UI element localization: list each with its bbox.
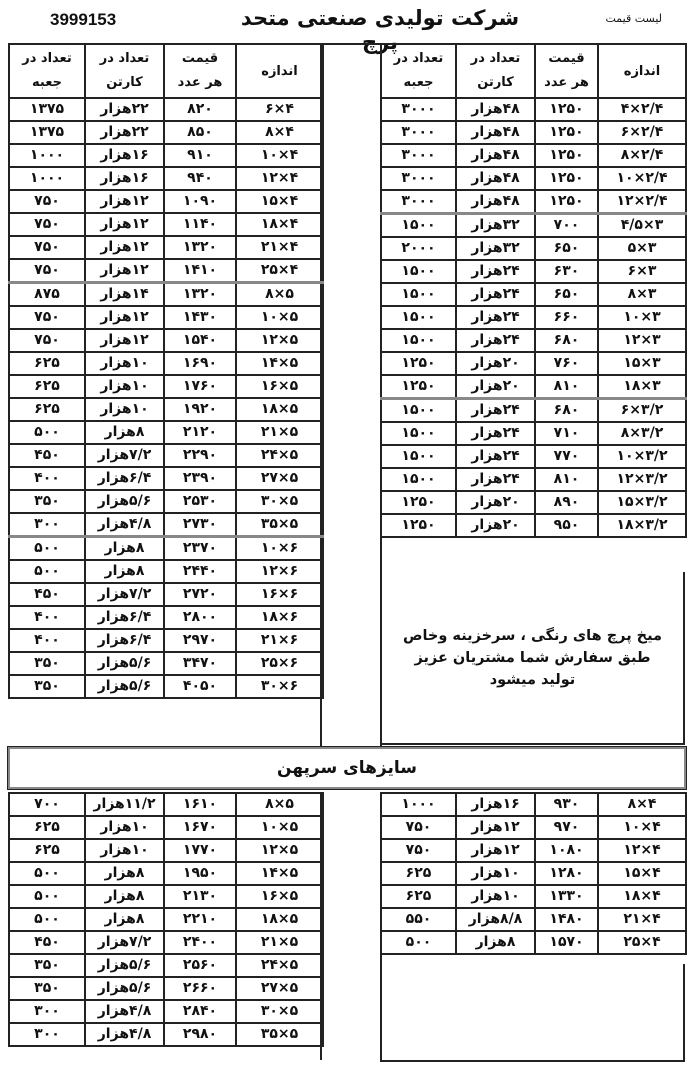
cell-price: ۱۲۵۰: [535, 121, 598, 144]
cell-box: ۵۰۰: [381, 931, 456, 954]
cell-box: ۵۰۰: [9, 862, 85, 885]
table-row: ۴×۱۸۱۱۴۰۱۲هزار۷۵۰: [9, 213, 323, 236]
note-text: میخ پرچ های رنگی ، سرخزینه وخاص طبق سفار…: [398, 625, 668, 691]
cell-price: ۱۲۸۰: [535, 862, 598, 885]
cell-carton: ۶/۴هزار: [85, 606, 164, 629]
cell-price: ۱۲۵۰: [535, 167, 598, 190]
cell-price: ۲۵۶۰: [164, 954, 236, 977]
cell-carton: ۱۲هزار: [85, 306, 164, 329]
cell-size: ۵×۱۲: [236, 329, 323, 352]
cell-carton: ۲۰هزار: [456, 375, 535, 399]
cell-carton: ۲۴هزار: [456, 260, 535, 283]
table-row: ۵×۱۶۱۷۶۰۱۰هزار۶۲۵: [9, 375, 323, 398]
cell-box: ۳۵۰: [9, 675, 85, 698]
cell-price: ۶۵۰: [535, 237, 598, 260]
cell-box: ۱۵۰۰: [381, 399, 456, 423]
cell-box: ۶۲۵: [9, 375, 85, 398]
cell-box: ۵۰۰: [9, 421, 85, 444]
cell-price: ۱۶۱۰: [164, 793, 236, 816]
cell-carton: ۴۸هزار: [456, 121, 535, 144]
table-row: ۵×۸۱۳۲۰۱۴هزار۸۷۵: [9, 283, 323, 307]
cell-size: ۲/۴×۱۰: [598, 167, 686, 190]
cell-carton: ۱۲هزار: [85, 236, 164, 259]
col-box: تعداد درجعبه: [9, 44, 85, 98]
cell-size: ۵×۳۰: [236, 1000, 323, 1023]
table-row: ۴×۸۹۳۰۱۶هزار۱۰۰۰: [381, 793, 686, 816]
table-row: ۴×۱۸۱۳۳۰۱۰هزار۶۲۵: [381, 885, 686, 908]
cell-size: ۶×۱۸: [236, 606, 323, 629]
cell-price: ۱۲۵۰: [535, 144, 598, 167]
cell-carton: ۲۴هزار: [456, 468, 535, 491]
cell-price: ۸۱۰: [535, 375, 598, 399]
cell-carton: ۱۰هزار: [456, 862, 535, 885]
cell-size: ۵×۱۶: [236, 885, 323, 908]
table-row: ۲/۴×۴۱۲۵۰۴۸هزار۳۰۰۰: [381, 98, 686, 121]
cell-box: ۱۲۵۰: [381, 375, 456, 399]
table-row: ۴×۱۲۱۰۸۰۱۲هزار۷۵۰: [381, 839, 686, 862]
table-row: ۵×۲۴۲۵۶۰۵/۶هزار۳۵۰: [9, 954, 323, 977]
table-row: ۳×۱۲۶۸۰۲۴هزار۱۵۰۰: [381, 329, 686, 352]
cell-carton: ۸هزار: [85, 908, 164, 931]
cell-box: ۷۵۰: [9, 329, 85, 352]
cell-size: ۴×۱۸: [598, 885, 686, 908]
table-row: ۴×۲۱۱۴۸۰۸/۸هزار۵۵۰: [381, 908, 686, 931]
cell-size: ۵×۳۵: [236, 513, 323, 537]
cell-box: ۴۵۰: [9, 931, 85, 954]
cell-size: ۶×۱۰: [236, 537, 323, 561]
cell-box: ۳۰۰۰: [381, 167, 456, 190]
cell-carton: ۸هزار: [85, 537, 164, 561]
table-row: ۳×۱۵۷۶۰۲۰هزار۱۲۵۰: [381, 352, 686, 375]
cell-price: ۳۴۷۰: [164, 652, 236, 675]
cell-price: ۲۸۰۰: [164, 606, 236, 629]
cell-price: ۲۳۷۰: [164, 537, 236, 561]
cell-price: ۲۷۳۰: [164, 513, 236, 537]
table-row: ۳×۶۶۳۰۲۴هزار۱۵۰۰: [381, 260, 686, 283]
cell-box: ۷۵۰: [9, 259, 85, 283]
cell-carton: ۸هزار: [456, 931, 535, 954]
cell-price: ۷۶۰: [535, 352, 598, 375]
table-row: ۴×۱۰۹۱۰۱۶هزار۱۰۰۰: [9, 144, 323, 167]
cell-carton: ۱۶هزار: [85, 144, 164, 167]
table-row: ۵×۱۰۱۶۷۰۱۰هزار۶۲۵: [9, 816, 323, 839]
table-row: ۳/۲×۱۰۷۷۰۲۴هزار۱۵۰۰: [381, 445, 686, 468]
cell-box: ۳۵۰: [9, 652, 85, 675]
cell-box: ۶۲۵: [381, 862, 456, 885]
cell-price: ۶۸۰: [535, 329, 598, 352]
cell-size: ۵×۱۲: [236, 839, 323, 862]
cell-size: ۳/۲×۱۰: [598, 445, 686, 468]
cell-carton: ۷/۲هزار: [85, 583, 164, 606]
cell-size: ۵×۲۷: [236, 467, 323, 490]
table-row: ۴×۸۸۵۰۲۲هزار۱۳۷۵: [9, 121, 323, 144]
cell-carton: ۱۰هزار: [85, 375, 164, 398]
cell-price: ۸۵۰: [164, 121, 236, 144]
cell-box: ۶۲۵: [9, 352, 85, 375]
cell-box: ۳۵۰: [9, 954, 85, 977]
table-row: ۵×۳۰۲۸۴۰۴/۸هزار۳۰۰: [9, 1000, 323, 1023]
cell-price: ۹۱۰: [164, 144, 236, 167]
cell-size: ۵×۲۴: [236, 444, 323, 467]
cell-carton: ۱۰هزار: [85, 839, 164, 862]
table-row: ۶×۱۲۲۴۴۰۸هزار۵۰۰: [9, 560, 323, 583]
cell-price: ۱۷۶۰: [164, 375, 236, 398]
cell-size: ۳×۶: [598, 260, 686, 283]
cell-carton: ۱۰هزار: [85, 352, 164, 375]
col-size: اندازه: [236, 44, 323, 98]
table-row: ۴×۶۸۲۰۲۲هزار۱۳۷۵: [9, 98, 323, 121]
cell-carton: ۲۴هزار: [456, 422, 535, 445]
middle-gap-top: [320, 43, 382, 749]
cell-box: ۳۰۰۰: [381, 121, 456, 144]
cell-size: ۴×۱۵: [598, 862, 686, 885]
cell-size: ۴×۶: [236, 98, 323, 121]
table-header: اندازه قیمتهر عدد تعداد درکارتن تعداد در…: [9, 44, 323, 98]
table-row: ۵×۱۰۱۴۳۰۱۲هزار۷۵۰: [9, 306, 323, 329]
cell-price: ۲۵۳۰: [164, 490, 236, 513]
cell-size: ۲/۴×۶: [598, 121, 686, 144]
cell-size: ۵×۸: [236, 283, 323, 307]
cell-price: ۱۹۵۰: [164, 862, 236, 885]
cell-price: ۱۶۹۰: [164, 352, 236, 375]
cell-size: ۴×۱۰: [236, 144, 323, 167]
cell-carton: ۵/۶هزار: [85, 675, 164, 698]
col-price: قیمتهر عدد: [535, 44, 598, 98]
table-row: ۲/۴×۱۲۱۲۵۰۴۸هزار۳۰۰۰: [381, 190, 686, 214]
cell-price: ۸۹۰: [535, 491, 598, 514]
table-row: ۳/۲×۱۵۸۹۰۲۰هزار۱۲۵۰: [381, 491, 686, 514]
cell-carton: ۸هزار: [85, 885, 164, 908]
cell-price: ۱۰۸۰: [535, 839, 598, 862]
cell-carton: ۸هزار: [85, 862, 164, 885]
cell-box: ۵۰۰: [9, 560, 85, 583]
cell-box: ۶۲۵: [9, 398, 85, 421]
cell-price: ۲۱۲۰: [164, 421, 236, 444]
table-row: ۲/۴×۸۱۲۵۰۴۸هزار۳۰۰۰: [381, 144, 686, 167]
cell-price: ۶۶۰: [535, 306, 598, 329]
cell-carton: ۱۰هزار: [85, 816, 164, 839]
cell-box: ۴۵۰: [9, 444, 85, 467]
cell-box: ۶۲۵: [381, 885, 456, 908]
cell-box: ۱۰۰۰: [9, 144, 85, 167]
cell-carton: ۵/۶هزار: [85, 954, 164, 977]
cell-size: ۵×۲۷: [236, 977, 323, 1000]
cell-carton: ۱۲هزار: [85, 213, 164, 236]
cell-price: ۲۶۶۰: [164, 977, 236, 1000]
cell-box: ۳۰۰۰: [381, 190, 456, 214]
table-row: ۲/۴×۶۱۲۵۰۴۸هزار۳۰۰۰: [381, 121, 686, 144]
cell-price: ۱۵۷۰: [535, 931, 598, 954]
cell-size: ۳/۲×۶: [598, 399, 686, 423]
cell-size: ۶×۲۵: [236, 652, 323, 675]
table-row: ۵×۱۸۱۹۲۰۱۰هزار۶۲۵: [9, 398, 323, 421]
cell-price: ۷۱۰: [535, 422, 598, 445]
cell-box: ۷۵۰: [381, 839, 456, 862]
cell-size: ۶×۳۰: [236, 675, 323, 698]
cell-size: ۳×۸: [598, 283, 686, 306]
cell-size: ۳×۴/۵: [598, 214, 686, 238]
cell-carton: ۳۲هزار: [456, 214, 535, 238]
cell-price: ۸۲۰: [164, 98, 236, 121]
cell-carton: ۴۸هزار: [456, 167, 535, 190]
table-row: ۴×۲۵۱۴۱۰۱۲هزار۷۵۰: [9, 259, 323, 283]
cell-size: ۲/۴×۱۲: [598, 190, 686, 214]
cell-carton: ۶/۴هزار: [85, 467, 164, 490]
cell-price: ۲۹۷۰: [164, 629, 236, 652]
cell-box: ۱۲۵۰: [381, 491, 456, 514]
cell-price: ۹۷۰: [535, 816, 598, 839]
table-row: ۶×۲۱۲۹۷۰۶/۴هزار۴۰۰: [9, 629, 323, 652]
cell-size: ۲/۴×۸: [598, 144, 686, 167]
cell-carton: ۱۲هزار: [85, 190, 164, 213]
cell-carton: ۱۲هزار: [456, 839, 535, 862]
cell-price: ۹۵۰: [535, 514, 598, 537]
cell-carton: ۱۰هزار: [456, 885, 535, 908]
cell-size: ۵×۱۴: [236, 352, 323, 375]
banner-title: سایزهای سرپهن: [277, 758, 417, 778]
cell-box: ۱۵۰۰: [381, 422, 456, 445]
table-row: ۳×۱۸۸۱۰۲۰هزار۱۲۵۰: [381, 375, 686, 399]
cell-price: ۲۹۸۰: [164, 1023, 236, 1046]
cell-carton: ۷/۲هزار: [85, 931, 164, 954]
cell-price: ۸۱۰: [535, 468, 598, 491]
table-row: ۶×۱۶۲۷۲۰۷/۲هزار۴۵۰: [9, 583, 323, 606]
cell-size: ۳×۱۵: [598, 352, 686, 375]
cell-size: ۵×۱۸: [236, 908, 323, 931]
table-row: ۵×۳۰۲۵۳۰۵/۶هزار۳۵۰: [9, 490, 323, 513]
table-row: ۵×۱۸۲۲۱۰۸هزار۵۰۰: [9, 908, 323, 931]
cell-box: ۴۰۰: [9, 467, 85, 490]
cell-box: ۱۳۷۵: [9, 121, 85, 144]
cell-size: ۳/۲×۱۸: [598, 514, 686, 537]
table-row: ۶×۳۰۴۰۵۰۵/۶هزار۳۵۰: [9, 675, 323, 698]
cell-price: ۲۱۳۰: [164, 885, 236, 908]
cell-carton: ۳۲هزار: [456, 237, 535, 260]
cell-box: ۷۵۰: [381, 816, 456, 839]
cell-box: ۳۵۰: [9, 490, 85, 513]
table-row: ۴×۲۱۱۳۲۰۱۲هزار۷۵۰: [9, 236, 323, 259]
table-row: ۵×۲۱۲۱۲۰۸هزار۵۰۰: [9, 421, 323, 444]
cell-box: ۴۰۰: [9, 606, 85, 629]
cell-size: ۲/۴×۴: [598, 98, 686, 121]
cell-box: ۳۰۰: [9, 1023, 85, 1046]
cell-size: ۴×۸: [236, 121, 323, 144]
price-table-left: اندازه قیمتهر عدد تعداد درکارتن تعداد در…: [8, 43, 324, 699]
cell-carton: ۲۲هزار: [85, 121, 164, 144]
table-row: ۵×۲۷۲۶۶۰۵/۶هزار۳۵۰: [9, 977, 323, 1000]
cell-box: ۲۰۰۰: [381, 237, 456, 260]
cell-box: ۷۵۰: [9, 213, 85, 236]
cell-carton: ۱۲هزار: [456, 816, 535, 839]
cell-box: ۱۵۰۰: [381, 214, 456, 238]
cell-box: ۱۰۰۰: [381, 793, 456, 816]
cell-box: ۱۲۵۰: [381, 514, 456, 537]
table-row: ۴×۲۵۱۵۷۰۸هزار۵۰۰: [381, 931, 686, 954]
cell-box: ۳۵۰: [9, 977, 85, 1000]
cell-size: ۴×۱۲: [598, 839, 686, 862]
table-row: ۳×۱۰۶۶۰۲۴هزار۱۵۰۰: [381, 306, 686, 329]
cell-price: ۲۴۴۰: [164, 560, 236, 583]
cell-box: ۷۵۰: [9, 306, 85, 329]
cell-price: ۱۳۲۰: [164, 236, 236, 259]
cell-price: ۶۳۰: [535, 260, 598, 283]
cell-size: ۵×۱۴: [236, 862, 323, 885]
cell-carton: ۴/۸هزار: [85, 513, 164, 537]
cell-price: ۶۵۰: [535, 283, 598, 306]
cell-box: ۵۰۰: [9, 537, 85, 561]
cell-carton: ۵/۶هزار: [85, 490, 164, 513]
cell-box: ۱۵۰۰: [381, 329, 456, 352]
cell-size: ۵×۱۰: [236, 306, 323, 329]
table-row: ۵×۱۶۲۱۳۰۸هزار۵۰۰: [9, 885, 323, 908]
cell-size: ۴×۲۱: [236, 236, 323, 259]
cell-size: ۶×۱۲: [236, 560, 323, 583]
cell-size: ۶×۱۶: [236, 583, 323, 606]
cell-carton: ۲۰هزار: [456, 514, 535, 537]
table-row: ۳/۲×۱۸۹۵۰۲۰هزار۱۲۵۰: [381, 514, 686, 537]
cell-carton: ۴۸هزار: [456, 144, 535, 167]
cell-carton: ۴/۸هزار: [85, 1023, 164, 1046]
cell-box: ۱۵۰۰: [381, 306, 456, 329]
cell-carton: ۶/۴هزار: [85, 629, 164, 652]
table-row: ۴×۱۵۱۰۹۰۱۲هزار۷۵۰: [9, 190, 323, 213]
cell-price: ۲۷۲۰: [164, 583, 236, 606]
cell-price: ۱۲۵۰: [535, 190, 598, 214]
cell-size: ۴×۲۱: [598, 908, 686, 931]
cell-size: ۳×۱۸: [598, 375, 686, 399]
table-row: ۵×۱۴۱۹۵۰۸هزار۵۰۰: [9, 862, 323, 885]
cell-size: ۵×۳۰: [236, 490, 323, 513]
cell-box: ۳۰۰۰: [381, 144, 456, 167]
table-row: ۵×۱۲۱۵۴۰۱۲هزار۷۵۰: [9, 329, 323, 352]
cell-size: ۴×۱۲: [236, 167, 323, 190]
table-row: ۵×۲۷۲۳۹۰۶/۴هزار۴۰۰: [9, 467, 323, 490]
cell-size: ۳×۱۲: [598, 329, 686, 352]
cell-carton: ۵/۶هزار: [85, 652, 164, 675]
cell-price: ۱۴۱۰: [164, 259, 236, 283]
table-row: ۳/۲×۸۷۱۰۲۴هزار۱۵۰۰: [381, 422, 686, 445]
cell-size: ۳/۲×۸: [598, 422, 686, 445]
cell-price: ۱۴۸۰: [535, 908, 598, 931]
cell-box: ۱۵۰۰: [381, 260, 456, 283]
cell-size: ۵×۲۱: [236, 931, 323, 954]
cell-price: ۱۷۷۰: [164, 839, 236, 862]
cell-box: ۵۵۰: [381, 908, 456, 931]
cell-carton: ۲۴هزار: [456, 399, 535, 423]
cell-size: ۴×۲۵: [236, 259, 323, 283]
middle-gap-bottom: [320, 792, 382, 1060]
cell-carton: ۱۶هزار: [456, 793, 535, 816]
cell-size: ۶×۲۱: [236, 629, 323, 652]
col-size: اندازه: [598, 44, 686, 98]
cell-size: ۴×۱۸: [236, 213, 323, 236]
cell-price: ۲۴۰۰: [164, 931, 236, 954]
cell-size: ۳×۱۰: [598, 306, 686, 329]
cell-price: ۲۸۴۰: [164, 1000, 236, 1023]
cell-box: ۱۳۷۵: [9, 98, 85, 121]
table-row: ۵×۸۱۶۱۰۱۱/۲هزار۷۰۰: [9, 793, 323, 816]
price-list-label: لیست قیمت: [605, 12, 662, 25]
table-row: ۶×۲۵۳۴۷۰۵/۶هزار۳۵۰: [9, 652, 323, 675]
cell-box: ۷۵۰: [9, 236, 85, 259]
table-row: ۳/۲×۱۲۸۱۰۲۴هزار۱۵۰۰: [381, 468, 686, 491]
cell-price: ۱۶۷۰: [164, 816, 236, 839]
cell-carton: ۵/۶هزار: [85, 977, 164, 1000]
table-row: ۳×۴/۵۷۰۰۳۲هزار۱۵۰۰: [381, 214, 686, 238]
cell-box: ۳۰۰: [9, 1000, 85, 1023]
cell-carton: ۴۸هزار: [456, 190, 535, 214]
cell-price: ۴۰۵۰: [164, 675, 236, 698]
cell-price: ۲۲۱۰: [164, 908, 236, 931]
cell-size: ۳/۲×۱۲: [598, 468, 686, 491]
cell-carton: ۴/۸هزار: [85, 1000, 164, 1023]
cell-box: ۴۰۰: [9, 629, 85, 652]
section-banner-flat-head: سایزهای سرپهن: [8, 747, 686, 789]
cell-box: ۱۵۰۰: [381, 283, 456, 306]
cell-carton: ۱۴هزار: [85, 283, 164, 307]
cell-carton: ۴۸هزار: [456, 98, 535, 121]
custom-order-note: میخ پرچ های رنگی ، سرخزینه وخاص طبق سفار…: [380, 572, 685, 745]
cell-box: ۷۵۰: [9, 190, 85, 213]
cell-size: ۴×۱۰: [598, 816, 686, 839]
cell-size: ۳/۲×۱۵: [598, 491, 686, 514]
table-row: ۵×۲۴۲۲۹۰۷/۲هزار۴۵۰: [9, 444, 323, 467]
cell-carton: ۲۴هزار: [456, 445, 535, 468]
cell-price: ۱۳۲۰: [164, 283, 236, 307]
table-row: ۲/۴×۱۰۱۲۵۰۴۸هزار۳۰۰۰: [381, 167, 686, 190]
empty-box: [380, 964, 685, 1062]
col-carton: تعداد درکارتن: [456, 44, 535, 98]
cell-price: ۹۳۰: [535, 793, 598, 816]
cell-price: ۲۲۹۰: [164, 444, 236, 467]
cell-size: ۴×۲۵: [598, 931, 686, 954]
cell-carton: ۲۴هزار: [456, 329, 535, 352]
cell-carton: ۲۴هزار: [456, 306, 535, 329]
col-carton: تعداد درکارتن: [85, 44, 164, 98]
table-row: ۳×۸۶۵۰۲۴هزار۱۵۰۰: [381, 283, 686, 306]
cell-size: ۵×۲۴: [236, 954, 323, 977]
table-row: ۶×۱۸۲۸۰۰۶/۴هزار۴۰۰: [9, 606, 323, 629]
table-row: ۴×۱۵۱۲۸۰۱۰هزار۶۲۵: [381, 862, 686, 885]
cell-price: ۱۰۹۰: [164, 190, 236, 213]
cell-carton: ۱۲هزار: [85, 329, 164, 352]
table-row: ۵×۱۴۱۶۹۰۱۰هزار۶۲۵: [9, 352, 323, 375]
cell-price: ۱۹۲۰: [164, 398, 236, 421]
table-row: ۴×۱۰۹۷۰۱۲هزار۷۵۰: [381, 816, 686, 839]
cell-box: ۱۲۵۰: [381, 352, 456, 375]
table-row: ۵×۳۵۲۹۸۰۴/۸هزار۳۰۰: [9, 1023, 323, 1046]
cell-box: ۷۰۰: [9, 793, 85, 816]
cell-box: ۶۲۵: [9, 839, 85, 862]
table-row: ۵×۳۵۲۷۳۰۴/۸هزار۳۰۰: [9, 513, 323, 537]
cell-box: ۶۲۵: [9, 816, 85, 839]
cell-price: ۱۵۴۰: [164, 329, 236, 352]
cell-price: ۷۰۰: [535, 214, 598, 238]
cell-size: ۴×۱۵: [236, 190, 323, 213]
cell-size: ۵×۱۸: [236, 398, 323, 421]
cell-carton: ۲۰هزار: [456, 491, 535, 514]
cell-carton: ۱۲هزار: [85, 259, 164, 283]
cell-box: ۳۰۰۰: [381, 98, 456, 121]
cell-box: ۴۵۰: [9, 583, 85, 606]
cell-price: ۱۲۵۰: [535, 98, 598, 121]
cell-size: ۵×۱۰: [236, 816, 323, 839]
cell-carton: ۲۰هزار: [456, 352, 535, 375]
cell-box: ۵۰۰: [9, 908, 85, 931]
flat-head-table-left: ۵×۸۱۶۱۰۱۱/۲هزار۷۰۰۵×۱۰۱۶۷۰۱۰هزار۶۲۵۵×۱۲۱…: [8, 792, 324, 1047]
cell-box: ۵۰۰: [9, 885, 85, 908]
col-box: تعداد درجعبه: [381, 44, 456, 98]
